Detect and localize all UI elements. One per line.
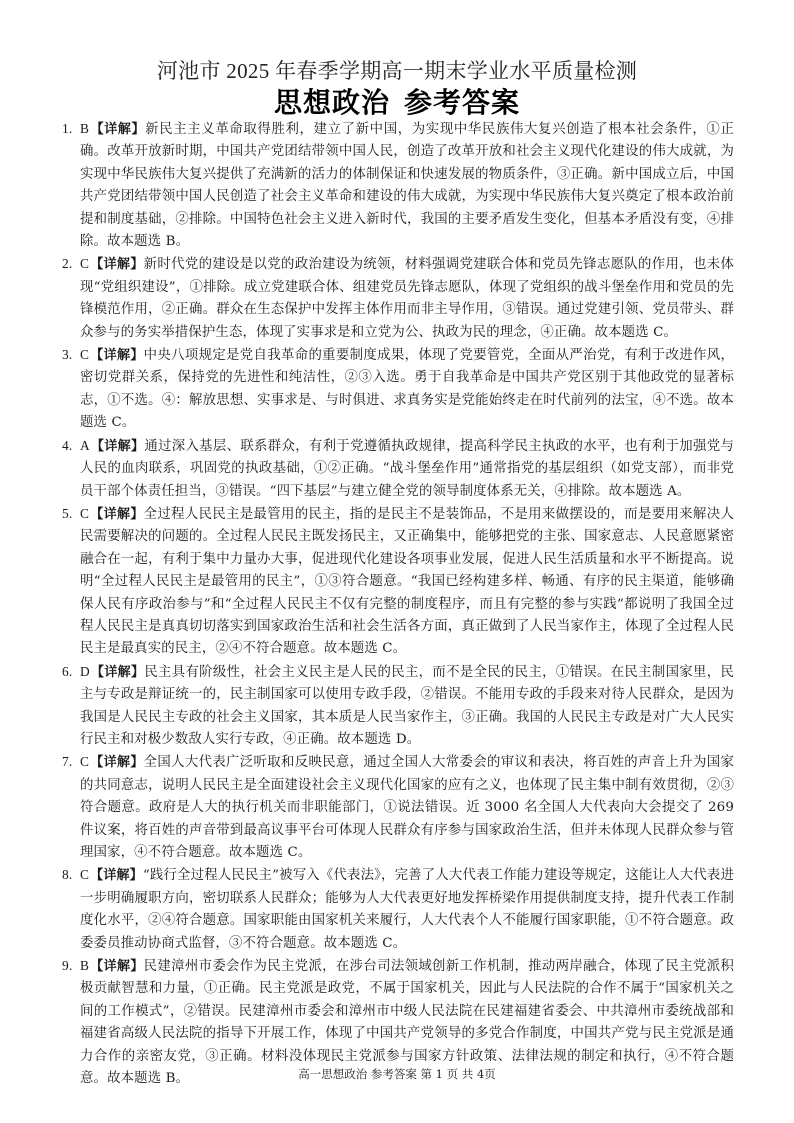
explanation-label: 【详解】 (91, 665, 144, 680)
answer-item-2: 2. C【详解】新时代党的建设是以党的政治建设为统领，材料强调党建联合体和党员先… (62, 253, 734, 344)
explanation-text: 新时代党的建设是以党的政治建设为统领，材料强调党建联合体和党员先锋志愿队的作用，… (80, 257, 734, 339)
answer-choice: B (80, 958, 89, 973)
answer-list: 1. B【详解】新民主主义革命取得胜利，建立了新中国，为实现中华民族伟大复兴创造… (62, 118, 734, 1090)
explanation-text: 通过深入基层、联系群众，有利于党遵循执政规律，提高科学民主执政的水平，也有利于加… (80, 439, 734, 499)
explanation-label: 【详解】 (90, 348, 144, 363)
answer-choice: B (80, 121, 89, 136)
explanation-label: 【详解】 (90, 257, 144, 272)
document-type: 参考答案 (404, 86, 520, 119)
explanation-text: 全国人大代表广泛听取和反映民意，通过全国人大常委会的审议和表决，将百姓的声音上升… (80, 755, 734, 860)
question-number: 7. (62, 751, 72, 773)
question-number: 1. (62, 118, 72, 140)
document-title: 思想政治参考答案 (0, 86, 794, 120)
page-footer: 高一思想政治 参考答案 第 1 页 共 4页 (0, 1066, 794, 1082)
answer-item-5: 5. C【详解】全过程人民民主是最管用的民主，指的是民主不是装饰品，不是用来做摆… (62, 503, 734, 661)
answer-choice: C (80, 867, 89, 882)
answer-item-1: 1. B【详解】新民主主义革命取得胜利，建立了新中国，为实现中华民族伟大复兴创造… (62, 118, 734, 253)
exam-title: 河池市 2025 年春季学期高一期末学业水平质量检测 (0, 58, 794, 84)
answer-choice: D (80, 664, 90, 679)
explanation-label: 【详解】 (90, 755, 144, 770)
answer-choice: C (80, 256, 89, 271)
explanation-label: 【详解】 (90, 959, 144, 974)
answer-item-3: 3. C【详解】中央八项规定是党自我革命的重要制度成果，体现了党要管党，全面从严… (62, 344, 734, 435)
question-number: 5. (62, 503, 72, 525)
explanation-label: 【详解】 (90, 507, 144, 522)
question-number: 8. (62, 864, 72, 886)
answer-item-8: 8. C【详解】“践行全过程人民民主”被写入《代表法》，完善了人大代表工作能力建… (62, 864, 734, 955)
explanation-text: “践行全过程人民民主”被写入《代表法》，完善了人大代表工作能力建设等规定，这能让… (80, 868, 734, 950)
explanation-text: 中央八项规定是党自我革命的重要制度成果，体现了党要管党，全面从严治党，有利于改进… (80, 348, 734, 430)
question-number: 9. (62, 955, 72, 977)
explanation-text: 全过程人民民主是最管用的民主，指的是民主不是装饰品，不是用来做摆设的，而是要用来… (80, 507, 734, 656)
answer-item-4: 4. A【详解】通过深入基层、联系群众，有利于党遵循执政规律，提高科学民主执政的… (62, 435, 734, 503)
subject-name: 思想政治 (274, 86, 390, 119)
explanation-text: 民主具有阶级性，社会主义民主是人民的民主，而不是全民的民主，①错误。在民主制国家… (80, 665, 734, 747)
answer-choice: C (80, 754, 89, 769)
explanation-label: 【详解】 (91, 439, 144, 454)
question-number: 3. (62, 344, 72, 366)
answer-item-6: 6. D【详解】民主具有阶级性，社会主义民主是人民的民主，而不是全民的民主，①错… (62, 661, 734, 752)
answer-choice: C (80, 347, 89, 362)
answer-choice: C (80, 506, 89, 521)
explanation-text: 新民主主义革命取得胜利，建立了新中国，为实现中华民族伟大复兴创造了根本社会条件，… (80, 122, 734, 249)
answer-item-7: 7. C【详解】全国人大代表广泛听取和反映民意，通过全国人大常委会的审议和表决，… (62, 751, 734, 864)
question-number: 6. (62, 661, 72, 683)
answer-choice: A (80, 438, 90, 453)
explanation-label: 【详解】 (90, 868, 143, 883)
question-number: 4. (62, 435, 72, 457)
answer-key-page: 河池市 2025 年春季学期高一期末学业水平质量检测 思想政治参考答案 1. B… (0, 0, 794, 1123)
question-number: 2. (62, 253, 72, 275)
explanation-label: 【详解】 (90, 122, 145, 137)
